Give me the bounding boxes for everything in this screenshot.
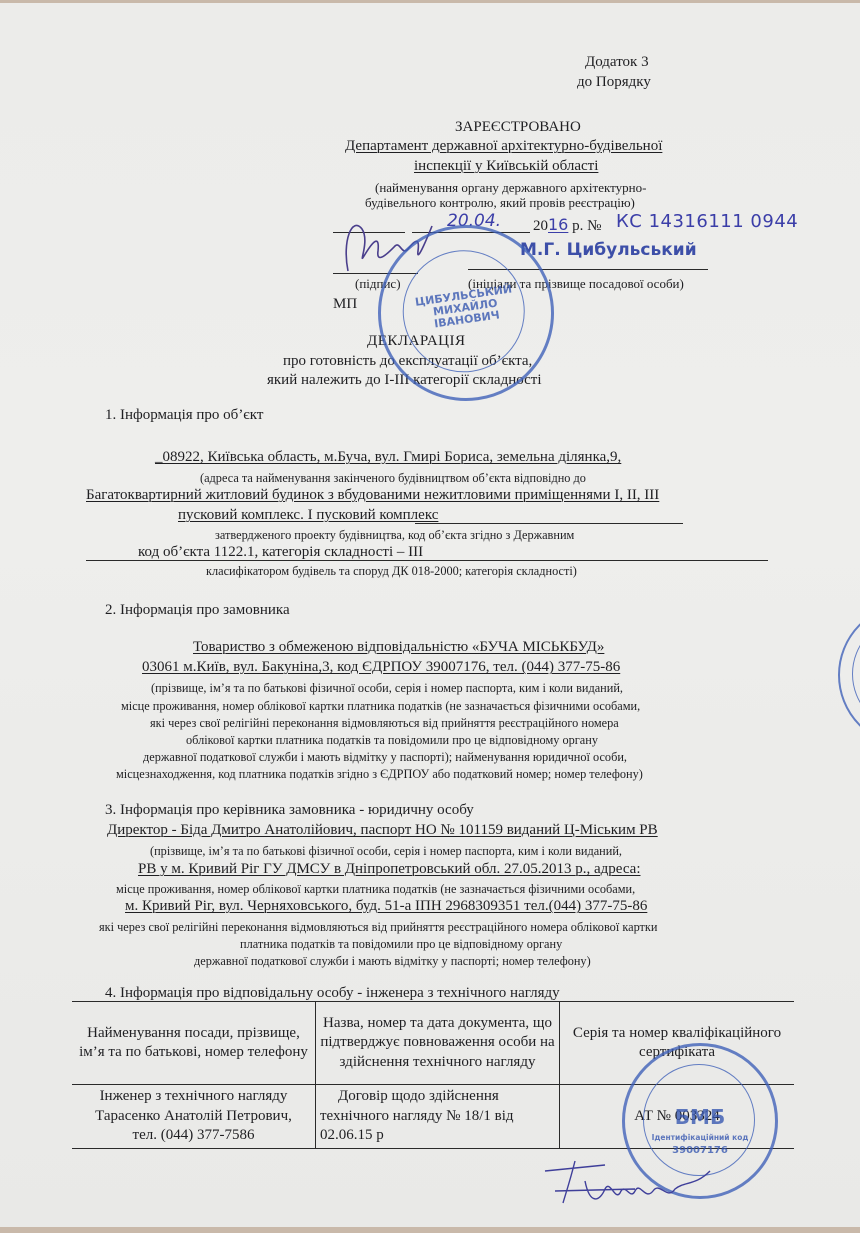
document-line-1: Договір щодо здійснення [320, 1087, 555, 1107]
director-passport-issued: РВ у м. Кривий Ріг ГУ ДМСУ в Дніпропетро… [138, 862, 641, 877]
object-name-line-2: пусковий комплекс. І пусковий комплекс [178, 508, 438, 523]
section4-heading: 4. Інформація про відповідальну особу - … [105, 986, 560, 1001]
reg-number-handwritten: КС 14316111 0944 [616, 213, 798, 231]
seal-label: МП [333, 297, 357, 312]
director-hint-2: місце проживання, номер облікової картки… [116, 883, 635, 895]
section2-heading: 2. Інформація про замовника [105, 603, 290, 618]
column-header-person: Найменування посади, прізвище, ім’я та п… [72, 1002, 316, 1085]
customer-details: 03061 м.Київ, вул. Бакуніна,3, код ЄДРПО… [142, 660, 620, 675]
person-phone: тел. (044) 377-7586 [76, 1126, 311, 1146]
customer-company: Товариство з обмеженою відповідальністю … [193, 640, 604, 655]
director-hint-5: державної податкової служби і мають відм… [194, 955, 591, 967]
director-hint-1: (прізвище, ім’я та по батькові фізичної … [150, 845, 622, 857]
partial-stamp-icon [838, 603, 860, 747]
director-address: м. Кривий Ріг, вул. Черняховського, буд.… [125, 899, 647, 914]
supervisor-signature-icon [535, 1151, 735, 1211]
reg-number-label: р. № [572, 218, 601, 234]
object-hint-1: (адреса та найменування закінченого буді… [200, 472, 586, 484]
company-stamp-code-label: Ідентифікаційний код [650, 1134, 750, 1142]
registered-heading: ЗАРЕЄСТРОВАНО [455, 120, 581, 135]
customer-hint-5: державної податкової служби і мають відм… [143, 751, 627, 763]
document-page: Додаток 3 до Порядку ЗАРЕЄСТРОВАНО Депар… [0, 3, 860, 1227]
customer-hint-3: які через свої релігійні переконання від… [150, 717, 619, 729]
column-header-document: Назва, номер та дата документа, що підтв… [316, 1002, 560, 1085]
customer-hint-4: облікової картки платника податків та по… [186, 734, 598, 746]
cell-person: Інженер з технічного нагляду Тарасенко А… [72, 1085, 316, 1149]
director-line: Директор - Біда Дмитро Анатолійович, пас… [107, 823, 658, 838]
object-hint-3: класифікатором будівель та споруд ДК 018… [206, 565, 577, 577]
authority-line-2: інспекції у Київській області [414, 159, 598, 174]
object-name-line-1: Багатоквартирний житловий будинок з вбуд… [86, 488, 659, 503]
reg-year-handwritten: 16 [548, 215, 568, 234]
person-position: Інженер з технічного нагляду [76, 1087, 311, 1107]
object-code-underline [86, 560, 768, 561]
section3-heading: 3. Інформація про керівника замовника - … [105, 803, 474, 818]
authority-hint-2: будівельного контролю, який провів реєст… [365, 196, 635, 209]
section1-heading: 1. Інформація про об’єкт [105, 408, 263, 423]
cell-document: Договір щодо здійснення технічного нагля… [316, 1085, 560, 1149]
official-name-stamp: М.Г. Цибульський [520, 242, 697, 259]
company-stamp-logo: БМБ [660, 1106, 740, 1128]
object-name-fill-line [415, 523, 683, 524]
authority-hint-1: (найменування органу державного архітект… [375, 181, 646, 194]
customer-hint-6: місцезнаходження, код платника податків … [116, 768, 643, 780]
object-code: код об’єкта 1122.1, категорія складності… [138, 545, 423, 560]
document-line-2: технічного нагляду № 18/1 від [320, 1107, 555, 1127]
object-hint-2: затвердженого проекту будівництва, код о… [215, 529, 574, 541]
document-line-3: 02.06.15 р [320, 1126, 555, 1146]
director-hint-3: які через свої релігійні переконання від… [99, 921, 657, 933]
appendix-ref: до Порядку [577, 75, 651, 90]
customer-hint-2: місце проживання, номер облікової картки… [121, 700, 640, 712]
person-name: Тарасенко Анатолій Петрович, [76, 1107, 311, 1127]
customer-hint-1: (прізвище, ім’я та по батькові фізичної … [151, 682, 623, 694]
appendix-label: Додаток 3 [585, 55, 649, 70]
object-address: _08922, Київська область, м.Буча, вул. Г… [155, 450, 621, 465]
authority-line-1: Департамент державної архітектурно-будів… [345, 139, 662, 154]
reg-year-prefix: 20 [533, 218, 548, 234]
director-hint-4: платника податків та повідомили про це в… [240, 938, 562, 950]
